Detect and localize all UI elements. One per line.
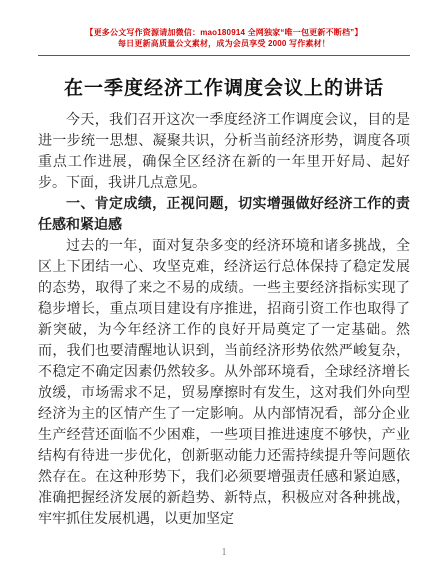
section-heading-1: 一、肯定成绩，正视问题，切实增强做好经济工作的责任感和紧迫感 xyxy=(38,194,410,236)
promo-header: 【更多公文写作资源请加微信：mao180914 全网独家“唯一包更新不断档”】 … xyxy=(0,27,448,49)
document-body: 今天，我们召开这次一季度经济工作调度会议，目的是进一步统一思想、凝聚共识，分析当… xyxy=(38,110,410,530)
paragraph-intro: 今天，我们召开这次一季度经济工作调度会议，目的是进一步统一思想、凝聚共识，分析当… xyxy=(38,110,410,194)
document-page: 【更多公文写作资源请加微信：mao180914 全网独家“唯一包更新不断档”】 … xyxy=(0,0,448,580)
promo-line-1: 【更多公文写作资源请加微信：mao180914 全网独家“唯一包更新不断档”】 xyxy=(0,27,448,38)
page-number: 1 xyxy=(0,547,448,558)
paragraph-section-1: 过去的一年，面对复杂多变的经济环境和诸多挑战，全区上下团结一心、攻坚克难，经济运… xyxy=(38,236,410,530)
header-divider xyxy=(38,55,410,56)
promo-line-2: 每日更新高质量公文素材，成为会员享受 2000 写作素材！ xyxy=(0,38,448,49)
document-title: 在一季度经济工作调度会议上的讲话 xyxy=(20,77,428,101)
